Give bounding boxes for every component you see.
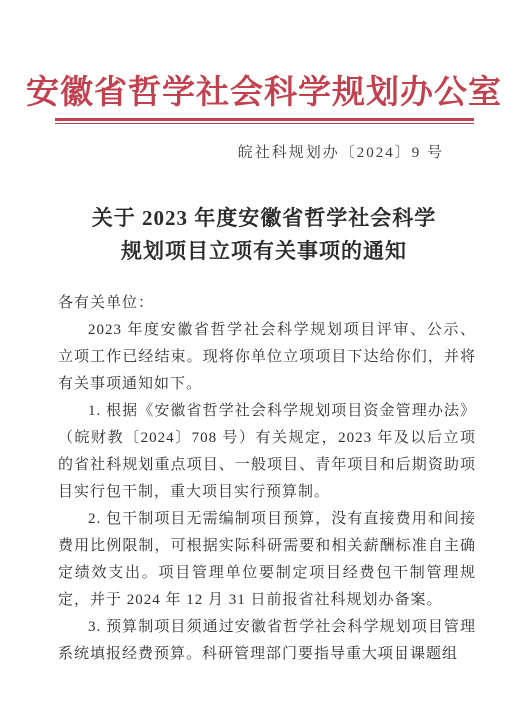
notice-title-line1: 关于 2023 年度安徽省哲学社会科学: [0, 202, 528, 235]
document-body: 各有关单位： 2023 年度安徽省哲学社会科学规划项目评审、公示、立项工作已经结…: [58, 290, 476, 668]
notice-title-line2: 规划项目立项有关事项的通知: [0, 235, 528, 268]
body-paragraph: 2. 包干制项目无需编制项目预算，没有直接费用和间接费用比例限制，可根据实际科研…: [58, 506, 476, 614]
red-separator-thick: [55, 118, 474, 121]
red-separator-thin: [55, 123, 474, 124]
body-paragraph: 2023 年度安徽省哲学社会科学规划项目评审、公示、立项工作已经结束。现将你单位…: [58, 317, 476, 398]
body-paragraph: 1. 根据《安徽省哲学社会科学规划项目资金管理办法》（皖财教〔2024〕708 …: [58, 398, 476, 506]
notice-title: 关于 2023 年度安徽省哲学社会科学 规划项目立项有关事项的通知: [0, 202, 528, 268]
salutation: 各有关单位：: [58, 290, 476, 317]
page-number: — 1 —: [352, 646, 452, 662]
document-page: 安徽省哲学社会科学规划办公室 皖社科规划办〔2024〕9 号 关于 2023 年…: [0, 0, 528, 726]
document-number: 皖社科规划办〔2024〕9 号: [55, 141, 474, 162]
agency-header-title: 安徽省哲学社会科学规划办公室: [0, 0, 528, 114]
